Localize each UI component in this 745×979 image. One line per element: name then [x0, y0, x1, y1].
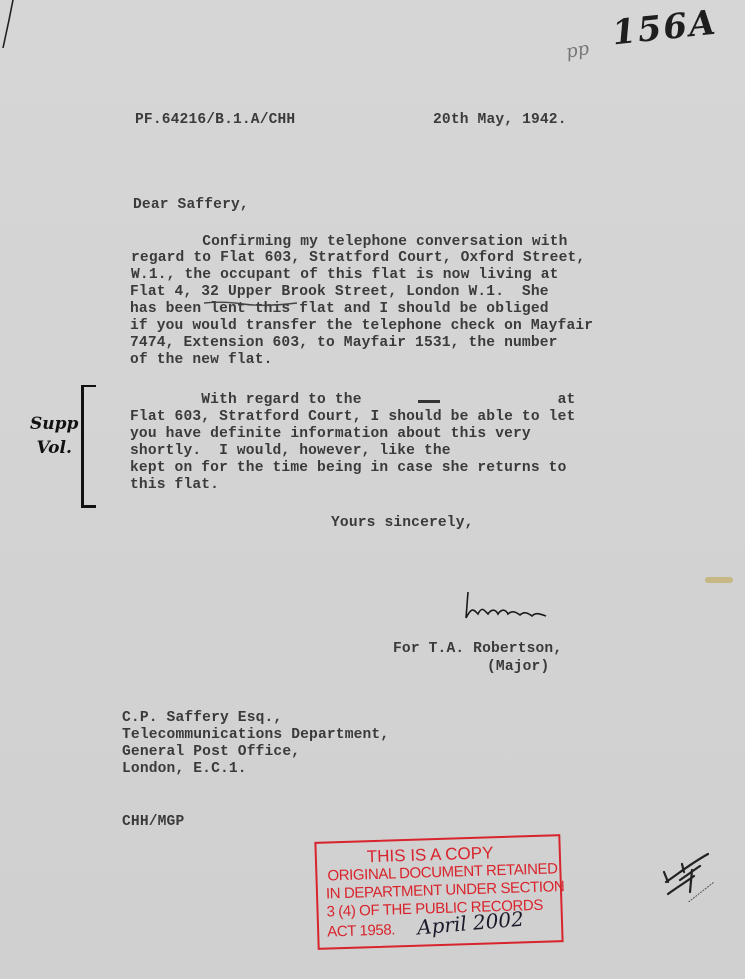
typist-reference: CHH/MGP [122, 814, 184, 831]
paragraph-line: if you would transfer the telephone chec… [130, 318, 593, 335]
margin-bracket [81, 385, 96, 508]
public-records-stamp: THIS IS A COPY ORIGINAL DOCUMENT RETAINE… [314, 834, 563, 950]
paragraph-line: you have definite information about this… [130, 426, 531, 443]
addressee-line: C.P. Saffery Esq., [122, 710, 282, 727]
redaction-mark [418, 400, 440, 403]
paper-edge-mark [0, 0, 16, 50]
paragraph-line: shortly. I would, however, like the [130, 443, 451, 460]
paragraph-line: With regard to the at [130, 392, 575, 409]
addressee-line: Telecommunications Department, [122, 727, 389, 744]
folio-number: 156A [610, 3, 719, 54]
pencil-annotation: pp [564, 38, 590, 63]
closing: Yours sincerely, [331, 515, 474, 532]
paper-stain [705, 577, 733, 583]
handwritten-initials [656, 842, 716, 902]
letter-date: 20th May, 1942. [433, 112, 567, 129]
paragraph-line: Confirming my telephone conversation wit… [131, 234, 567, 251]
signatory-rank: (Major) [487, 659, 549, 676]
paragraph-line: Flat 4, 32 Upper Brook Street, London W.… [130, 284, 549, 301]
signatory-name: For T.A. Robertson, [393, 641, 562, 658]
handwritten-underline [203, 300, 298, 306]
paragraph-line: Flat 603, Stratford Court, I should be a… [130, 409, 575, 426]
reference-number: PF.64216/B.1.A/CHH [135, 112, 295, 129]
addressee-line: General Post Office, [122, 744, 300, 761]
paragraph-line: 7474, Extension 603, to Mayfair 1531, th… [130, 335, 558, 352]
paragraph-line: W.1., the occupant of this flat is now l… [131, 267, 559, 284]
paragraph-line: of the new flat. [130, 352, 273, 369]
margin-note: Supp Vol. [30, 412, 78, 460]
signature [462, 588, 552, 622]
addressee-line: London, E.C.1. [122, 761, 247, 778]
margin-note-line: Supp [30, 412, 78, 436]
paragraph-line: kept on for the time being in case she r… [130, 460, 566, 477]
paragraph-line: regard to Flat 603, Stratford Court, Oxf… [131, 250, 585, 267]
paragraph-line: this flat. [130, 477, 219, 494]
paragraph-line: has been lent this flat and I should be … [130, 301, 549, 318]
document-page: pp 156A PF.64216/B.1.A/CHH 20th May, 194… [0, 0, 745, 979]
margin-note-line: Vol. [30, 436, 78, 460]
salutation: Dear Saffery, [133, 197, 249, 214]
stamp-line: ACT 1958. [327, 921, 395, 940]
